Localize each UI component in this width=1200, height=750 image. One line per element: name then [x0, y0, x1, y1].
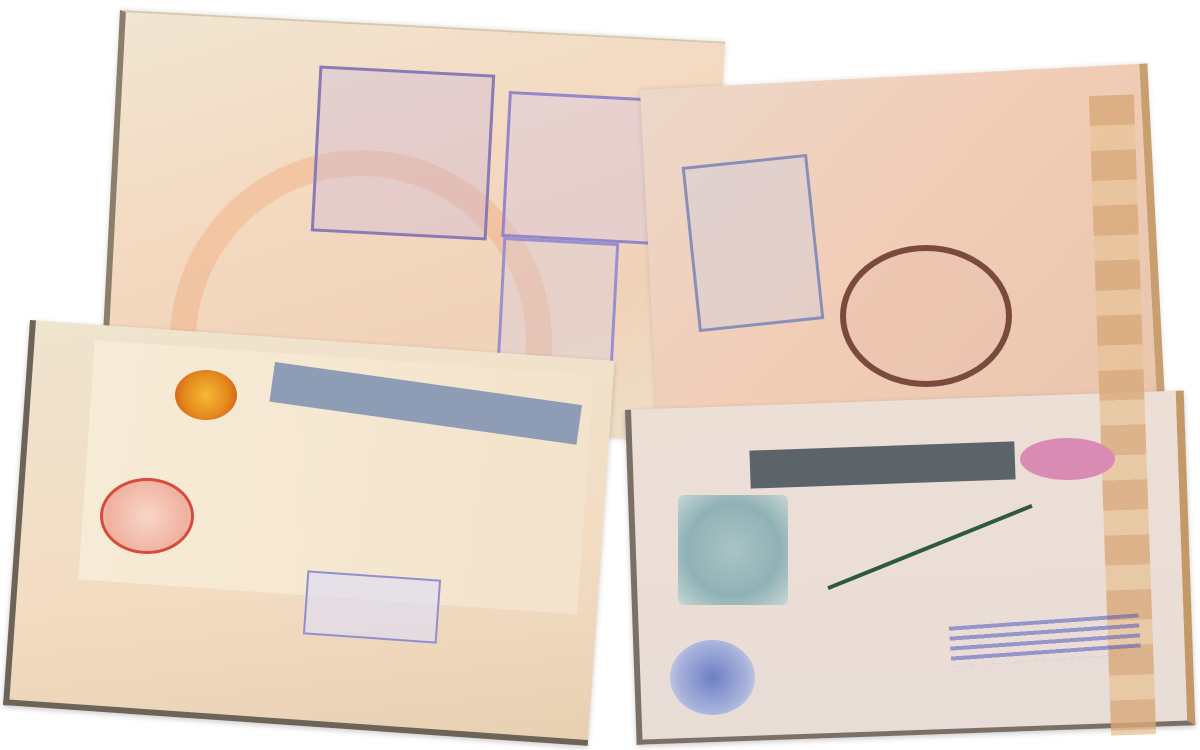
blue-rectangular-stamp — [303, 570, 441, 643]
brown-round-stamp — [840, 245, 1012, 387]
passports-photo — [0, 0, 1200, 750]
red-round-stamp — [100, 478, 194, 554]
blue-rectangular-stamp — [682, 154, 825, 332]
purple-stamp — [311, 66, 495, 241]
national-emblem-icon — [175, 370, 237, 420]
hologram-oval — [1020, 438, 1115, 480]
purple-stamp — [501, 91, 664, 245]
blue-round-seal — [670, 640, 755, 715]
purple-stamp — [497, 237, 619, 369]
visa-seal — [678, 495, 788, 605]
